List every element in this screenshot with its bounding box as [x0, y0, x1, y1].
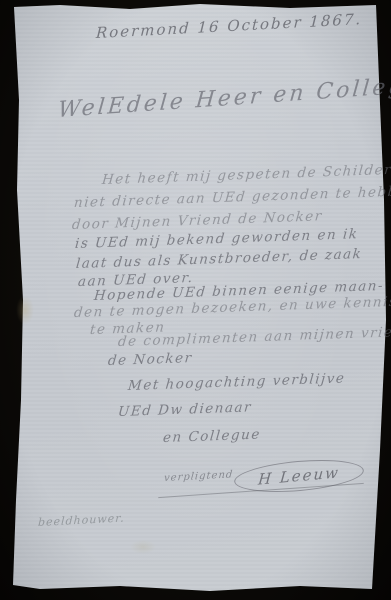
photo-backdrop: Roermond 16 October 1867. WelEdele Heer …	[0, 0, 391, 600]
body-line: de Nocker	[107, 350, 193, 369]
